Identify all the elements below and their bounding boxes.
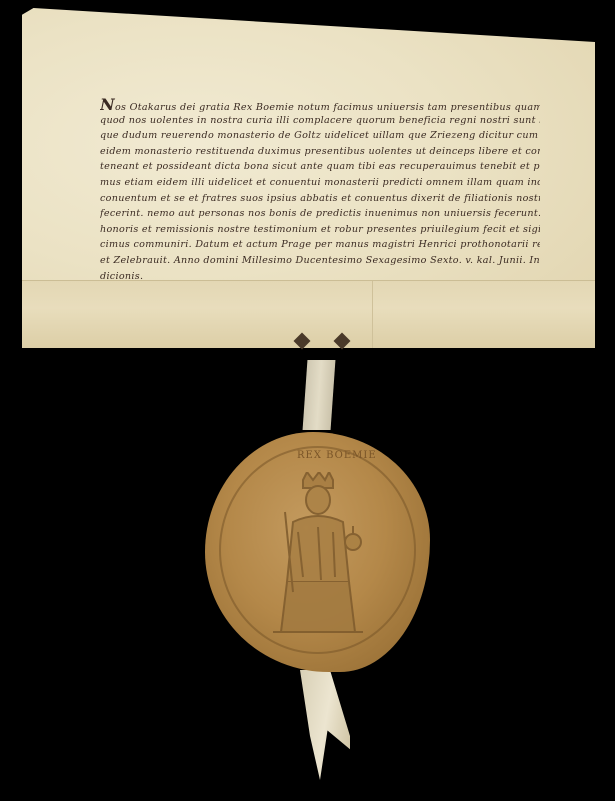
text-line: honoris et remissionis nostre testimoniu… [100, 222, 540, 238]
text-line: eidem monasterio restituenda duximus pre… [100, 144, 540, 160]
text-line: et Zelebrauit. Anno domini Millesimo Duc… [100, 253, 540, 269]
charter-photo: Nos Otakarus dei gratia Rex Boemie notum… [0, 0, 615, 801]
text-line: teneant et possideant dicta bona sicut a… [100, 159, 540, 175]
fold-crease [372, 281, 373, 349]
text-line: conuentum et se et fratres suos ipsius a… [100, 191, 540, 207]
seal-tag-top [303, 360, 336, 430]
text-line: Nos Otakarus dei gratia Rex Boemie notum… [100, 97, 540, 113]
text-line: que dudum reuerendo monasterio de Goltz … [100, 128, 540, 144]
text-line: cimus communiri. Datum et actum Prage pe… [100, 237, 540, 253]
text-line: dicionis. [100, 269, 540, 285]
enthroned-king-icon [263, 472, 373, 642]
text-line: mus etiam eidem illi uidelicet et conuen… [100, 175, 540, 191]
text-line: fecerint. nemo aut personas nos bonis de… [100, 206, 540, 222]
text-line: quod nos uolentes in nostra curia illi c… [100, 113, 540, 129]
seal-tag-bottom [300, 670, 350, 780]
seal-legend: REX BOEMIE [297, 450, 377, 461]
wax-seal: REX BOEMIE [205, 432, 430, 672]
charter-text: Nos Otakarus dei gratia Rex Boemie notum… [100, 97, 540, 284]
